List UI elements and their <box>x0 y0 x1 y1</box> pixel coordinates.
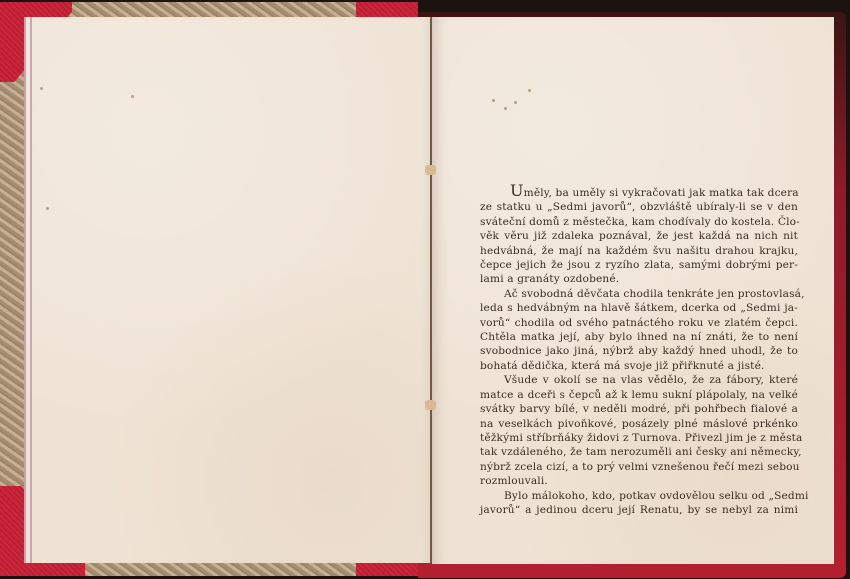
red-spine-bottom <box>356 562 418 576</box>
page-body-text: Uměly, ba uměly si vykračovati jak matka… <box>480 186 798 517</box>
foxing-spot <box>492 99 495 102</box>
foxing-spot <box>46 207 49 210</box>
text-line: svátky barvy bílé, v neděli modré, při p… <box>480 402 798 416</box>
text-line: bohatá dědička, která má svoje již přiřk… <box>480 359 798 373</box>
left-page-blank <box>24 17 434 563</box>
text-line: Chtěla matka její, aby bylo ihned na ní … <box>480 330 798 344</box>
text-line: těžkými stříbrňáky židovi z Turnova. Při… <box>480 431 798 445</box>
drop-cap: U <box>480 181 524 200</box>
binding-stitch <box>425 400 436 410</box>
text-line: věk věru již zdaleka poznával, že jest k… <box>480 229 798 243</box>
red-spine-top <box>356 2 418 18</box>
text-line: vorů“ chodila od svého patnáctého roku v… <box>480 316 798 330</box>
text-line: Ač svobodná děvčata chodila tenkráte jen… <box>480 287 798 301</box>
text-line: ze statku u „Sedmi javorů“, obzvláště ub… <box>480 200 798 214</box>
foxing-spot <box>528 89 531 92</box>
text-line: sváteční domů z městečka, kam chodívaly … <box>480 215 798 229</box>
foxing-spot <box>504 107 507 110</box>
text-line: nýbrž zcela cizí, a to prý velmi vznešen… <box>480 460 798 474</box>
text-line: Bylo málokoho, kdo, potkav ovdovělou sel… <box>480 489 798 503</box>
text-line: svobodnice jako jiná, nýbrž aby každý hn… <box>480 344 798 358</box>
text-line: Uměly, ba uměly si vykračovati jak matka… <box>480 186 798 200</box>
binding-stitch <box>425 165 436 175</box>
foxing-spot <box>514 101 517 104</box>
text-line: matce a dceři s čepců až k lemu sukní pl… <box>480 388 798 402</box>
text-line: Všude v okolí se na vlas vědělo, že za f… <box>480 373 798 387</box>
text-line: na veselkách pivoňkové, posázely plné má… <box>480 417 798 431</box>
foxing-spot <box>40 87 43 90</box>
text-line: lami a granáty ozdobené. <box>480 272 798 286</box>
open-book: Uměly, ba uměly si vykračovati jak matka… <box>0 0 850 579</box>
text-line: javorů“ a jedinou dceru její Renatu, by … <box>480 503 798 517</box>
text-line: čepce jejich že jsou z ryzího zlata, sam… <box>480 258 798 272</box>
text-line: hedvábná, že mají na každém švu našitu d… <box>480 244 798 258</box>
text-line: leda s hedvábným na hlavě šátkem, dcerka… <box>480 301 798 315</box>
text-line: tak vzdáleného, že tam nerozuměli ani če… <box>480 445 798 459</box>
book-gutter <box>430 17 432 563</box>
text-line: rozmlouvali. <box>480 474 798 488</box>
foxing-spot <box>131 95 134 98</box>
